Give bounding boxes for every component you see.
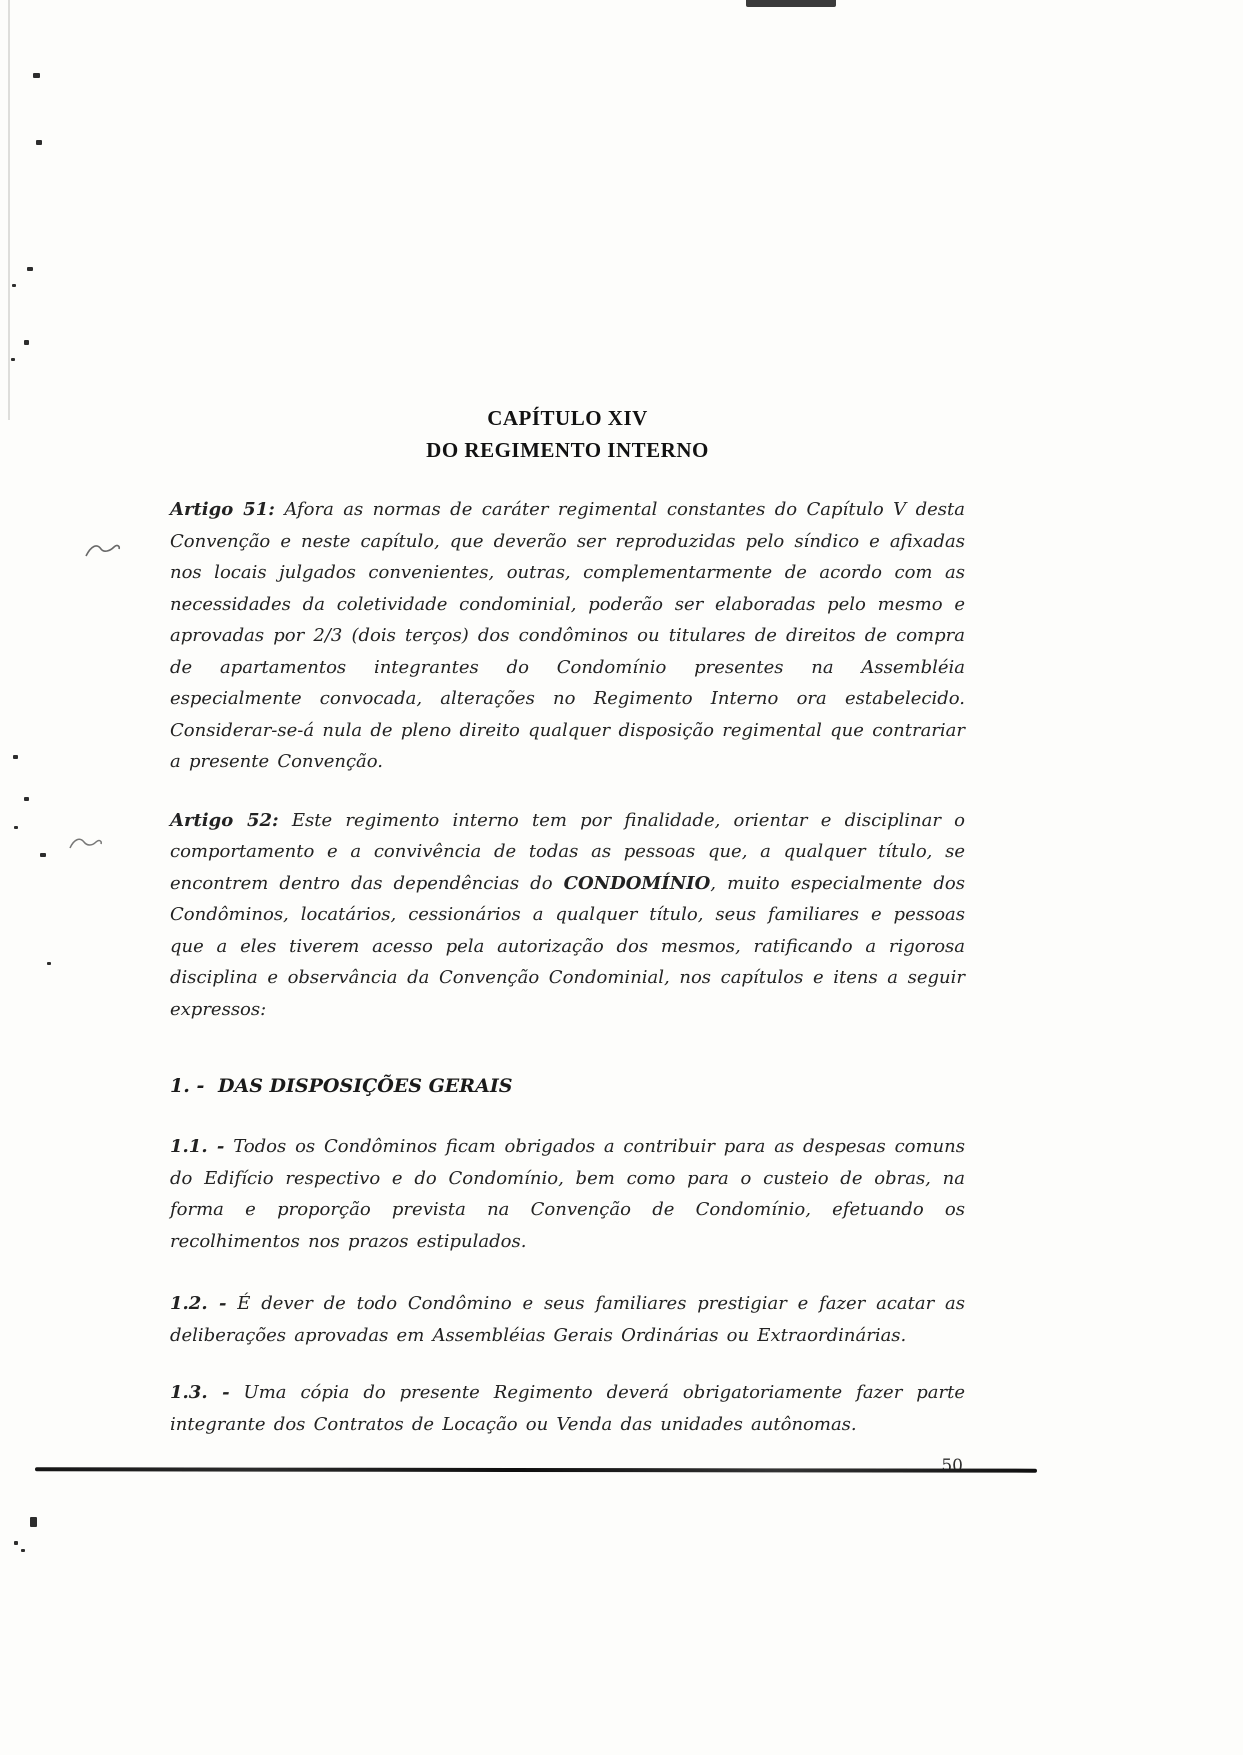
section-title: DAS DISPOSIÇÕES GERAIS	[218, 1075, 512, 1097]
pen-squiggle-mark	[84, 540, 122, 564]
noise-speck	[14, 1541, 18, 1545]
scanned-document-page: CAPÍTULO XIV DO REGIMENTO INTERNO Artigo…	[0, 0, 1243, 1755]
scan-edge-artifact	[8, 0, 10, 420]
item-1-2-paragraph: 1.2. - É dever de todo Condômino e seus …	[170, 1288, 965, 1351]
item-1-2-text: É dever de todo Condômino e seus familia…	[170, 1293, 965, 1346]
noise-speck	[40, 853, 46, 857]
noise-speck	[47, 962, 51, 965]
article-52-label: Artigo 52:	[170, 810, 279, 831]
item-1-2-number: 1.2. -	[170, 1293, 226, 1314]
item-1-3-text: Uma cópia do presente Regimento deverá o…	[170, 1382, 965, 1435]
item-1-1-paragraph: 1.1. - Todos os Condôminos ficam obrigad…	[170, 1131, 965, 1257]
noise-speck	[36, 140, 42, 145]
page-number: 50	[170, 1456, 965, 1476]
chapter-subtitle: DO REGIMENTO INTERNO	[170, 434, 965, 466]
pen-squiggle-mark	[68, 834, 104, 856]
item-1-3-number: 1.3. -	[170, 1382, 230, 1403]
item-1-3-paragraph: 1.3. - Uma cópia do presente Regimento d…	[170, 1377, 965, 1440]
article-51-paragraph: Artigo 51: Afora as normas de caráter re…	[170, 494, 965, 778]
article-51-text: Afora as normas de caráter regimental co…	[170, 499, 965, 772]
noise-speck	[11, 358, 15, 361]
scanner-bar-artifact	[746, 0, 836, 7]
document-content: CAPÍTULO XIV DO REGIMENTO INTERNO Artigo…	[170, 402, 965, 1476]
noise-speck	[24, 340, 29, 345]
noise-speck	[24, 797, 29, 801]
noise-speck	[30, 1517, 37, 1527]
section-number: 1. -	[170, 1070, 218, 1102]
noise-speck	[13, 755, 18, 759]
noise-speck	[12, 284, 16, 287]
section-heading: 1. -DAS DISPOSIÇÕES GERAIS	[170, 1070, 965, 1102]
noise-speck	[21, 1549, 25, 1552]
article-51-label: Artigo 51:	[170, 499, 275, 520]
noise-speck	[33, 73, 40, 78]
item-1-1-number: 1.1. -	[170, 1136, 224, 1157]
article-52-bold-term: CONDOMÍNIO	[564, 873, 711, 894]
article-52-paragraph: Artigo 52: Este regimento interno tem po…	[170, 805, 965, 1026]
item-1-1-text: Todos os Condôminos ficam obrigados a co…	[170, 1136, 965, 1252]
noise-speck	[27, 267, 33, 271]
chapter-title: CAPÍTULO XIV	[170, 402, 965, 434]
article-52-text-after: , muito especialmente dos Condôminos, lo…	[170, 873, 965, 1020]
noise-speck	[14, 826, 18, 829]
